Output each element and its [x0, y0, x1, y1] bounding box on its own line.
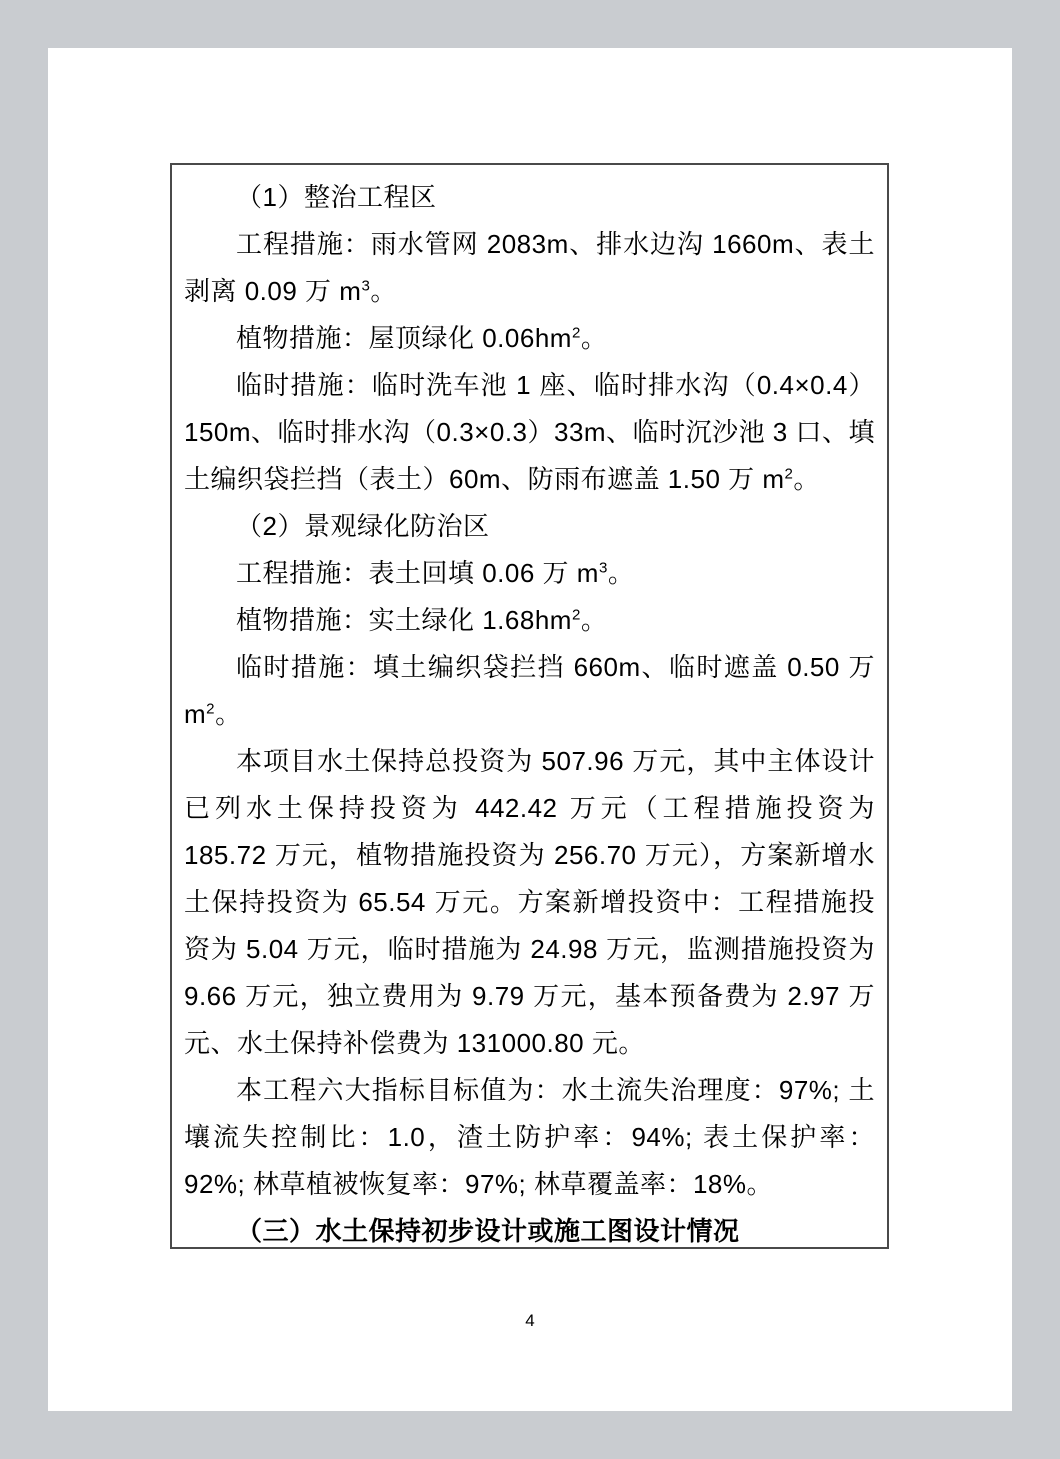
superscript: 2: [572, 324, 581, 341]
paragraph: 工程措施：雨水管网 2083m、排水边沟 1660m、表土剥离 0.09 万 m…: [184, 221, 875, 315]
app-background: { "page": { "number": "4", "background_c…: [0, 0, 1060, 1459]
superscript: 2: [572, 606, 581, 623]
paragraph: 植物措施：屋顶绿化 0.06hm2。: [184, 315, 875, 362]
section-heading: （三）水土保持初步设计或施工图设计情况: [184, 1208, 875, 1249]
paragraph: （2）景观绿化防治区: [184, 503, 875, 550]
paragraph: 本项目水土保持总投资为 507.96 万元，其中主体设计已列水土保持投资为 44…: [184, 738, 875, 1067]
document-page: （1）整治工程区工程措施：雨水管网 2083m、排水边沟 1660m、表土剥离 …: [48, 48, 1012, 1411]
paragraph: 临时措施：临时洗车池 1 座、临时排水沟（0.4×0.4）150m、临时排水沟（…: [184, 362, 875, 503]
superscript: 3: [361, 277, 370, 294]
paragraph: 本工程六大指标目标值为：水土流失治理度：97%; 土壤流失控制比：1.0，渣土防…: [184, 1067, 875, 1208]
paragraph-container: （1）整治工程区工程措施：雨水管网 2083m、排水边沟 1660m、表土剥离 …: [184, 174, 875, 1249]
paragraph: 植物措施：实土绿化 1.68hm2。: [184, 597, 875, 644]
paragraph: 临时措施：填土编织袋拦挡 660m、临时遮盖 0.50 万 m2。: [184, 644, 875, 738]
paragraph: （1）整治工程区: [184, 174, 875, 221]
paragraph: 工程措施：表土回填 0.06 万 m3。: [184, 550, 875, 597]
superscript: 3: [599, 559, 608, 576]
superscript: 2: [206, 700, 215, 717]
table-cell: （1）整治工程区工程措施：雨水管网 2083m、排水边沟 1660m、表土剥离 …: [170, 163, 889, 1249]
page-number: 4: [48, 1311, 1012, 1331]
